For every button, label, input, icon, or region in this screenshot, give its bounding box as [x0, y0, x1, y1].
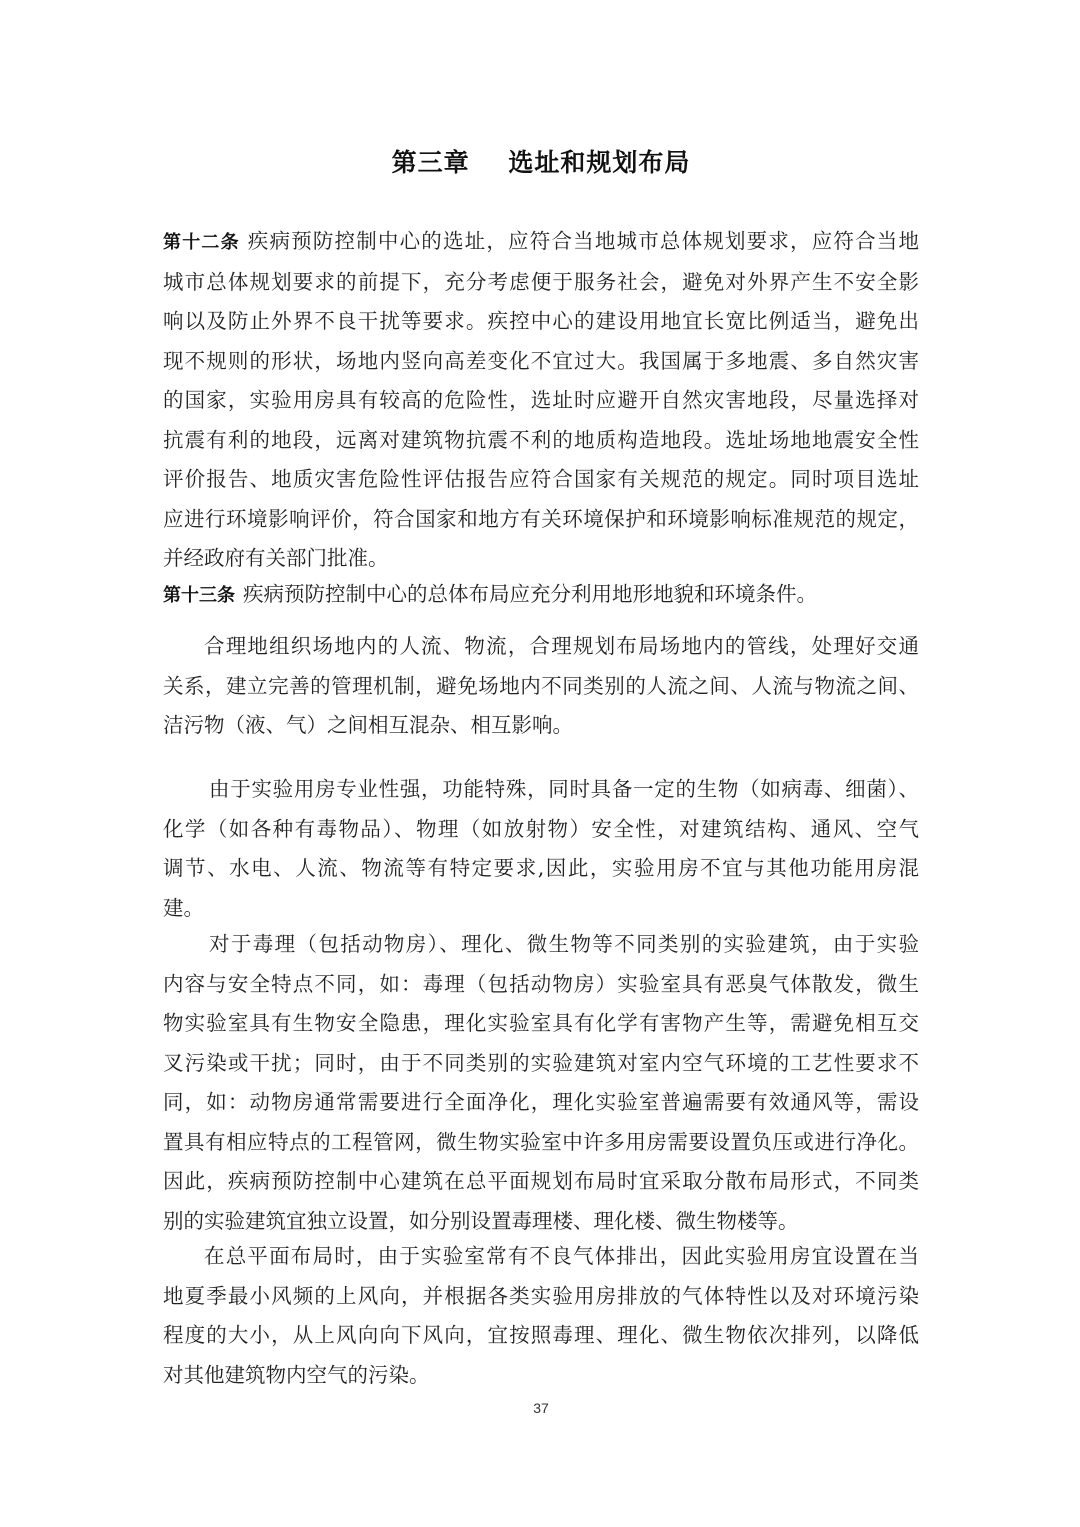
text-line: 在总平面布局时，由于实验室常有不良气体排出，因此实验用房宜设置在当 [163, 1237, 919, 1277]
text-line: 抗震有利的地段，远离对建筑物抗震不利的地质构造地段。选址场地地震安全性 [163, 421, 919, 461]
text-line: 因此，疾病预防控制中心建筑在总平面规划布局时宜采取分散布局形式，不同类 [163, 1162, 919, 1202]
text-line: 叉污染或干扰；同时，由于不同类别的实验建筑对室内空气环境的工艺性要求不 [163, 1044, 919, 1084]
text-line: 地夏季最小风频的上风向，并根据各类实验用房排放的气体特性以及对环境污染 [163, 1277, 919, 1317]
article-label: 第十三条 [163, 585, 235, 606]
text-line: 现不规则的形状，场地内竖向高差变化不宜过大。我国属于多地震、多自然灾害 [163, 342, 919, 382]
text-line: 内容与安全特点不同，如：毒理（包括动物房）实验室具有恶臭气体散发，微生 [163, 965, 919, 1005]
text-line: 第十二条疾病预防控制中心的选址，应符合当地城市总体规划要求，应符合当地 [163, 222, 919, 263]
page-number: 37 [163, 1400, 919, 1416]
text-line: 响以及防止外界不良干扰等要求。疾控中心的建设用地宜长宽比例适当，避免出 [163, 302, 919, 342]
text-line: 第十三条疾病预防控制中心的总体布局应充分利用地形地貌和环境条件。 [163, 575, 919, 616]
text-line: 调节、水电、人流、物流等有特定要求,因此，实验用房不宜与其他功能用房混 [163, 849, 919, 889]
text-line: 别的实验建筑宜独立设置，如分别设置毒理楼、理化楼、微生物楼等。 [163, 1202, 919, 1242]
text-line: 物实验室具有生物安全隐患，理化实验室具有化学有害物产生等，需避免相互交 [163, 1004, 919, 1044]
text-line: 并经政府有关部门批准。 [163, 539, 919, 579]
text-line: 关系，建立完善的管理机制，避免场地内不同类别的人流之间、人流与物流之间、 [163, 667, 919, 707]
paragraph-site-layout: 在总平面布局时，由于实验室常有不良气体排出，因此实验用房宜设置在当 地夏季最小风… [163, 1237, 919, 1395]
text-line: 程度的大小，从上风向向下风向，宜按照毒理、理化、微生物依次排列，以降低 [163, 1316, 919, 1356]
chapter-title: 第三章 选址和规划布局 [163, 143, 919, 179]
text-line: 的国家，实验用房具有较高的危险性，选址时应避开自然灾害地段，尽量选择对 [163, 381, 919, 421]
text-line: 化学（如各种有毒物品）、物理（如放射物）安全性，对建筑结构、通风、空气 [163, 810, 919, 850]
text-line: 对其他建筑物内空气的污染。 [163, 1356, 919, 1396]
text-line-content: 疾病预防控制中心的选址，应符合当地城市总体规划要求，应符合当地 [248, 229, 919, 253]
paragraph-circulation: 合理地组织场地内的人流、物流，合理规划布局场地内的管线，处理好交通 关系，建立完… [163, 627, 919, 746]
text-line: 置具有相应特点的工程管网，微生物实验室中许多用房需要设置负压或进行净化。 [163, 1123, 919, 1163]
text-line: 同，如：动物房通常需要进行全面净化，理化实验室普遍需要有效通风等，需设 [163, 1083, 919, 1123]
article-13: 第十三条疾病预防控制中心的总体布局应充分利用地形地貌和环境条件。 [163, 575, 919, 616]
text-line: 合理地组织场地内的人流、物流，合理规划布局场地内的管线，处理好交通 [163, 627, 919, 667]
paragraph-lab-buildings: 由于实验用房专业性强，功能特殊，同时具备一定的生物（如病毒、细菌）、 化学（如各… [163, 770, 919, 928]
article-12: 第十二条疾病预防控制中心的选址，应符合当地城市总体规划要求，应符合当地 城市总体… [163, 222, 919, 579]
text-line: 洁污物（液、气）之间相互混杂、相互影响。 [163, 706, 919, 746]
text-line: 建。 [163, 889, 919, 929]
text-line-content: 疾病预防控制中心的总体布局应充分利用地形地貌和环境条件。 [243, 582, 817, 606]
text-line: 城市总体规划要求的前提下，充分考虑便于服务社会，避免对外界产生不安全影 [163, 263, 919, 303]
text-line: 评价报告、地质灾害危险性评估报告应符合国家有关规范的规定。同时项目选址 [163, 460, 919, 500]
text-line: 对于毒理（包括动物房）、理化、微生物等不同类别的实验建筑，由于实验 [163, 925, 919, 965]
text-line: 由于实验用房专业性强，功能特殊，同时具备一定的生物（如病毒、细菌）、 [163, 770, 919, 810]
article-label: 第十二条 [163, 232, 240, 253]
text-line: 应进行环境影响评价，符合国家和地方有关环境保护和环境影响标准规范的规定， [163, 500, 919, 540]
paragraph-lab-categories: 对于毒理（包括动物房）、理化、微生物等不同类别的实验建筑，由于实验 内容与安全特… [163, 925, 919, 1241]
